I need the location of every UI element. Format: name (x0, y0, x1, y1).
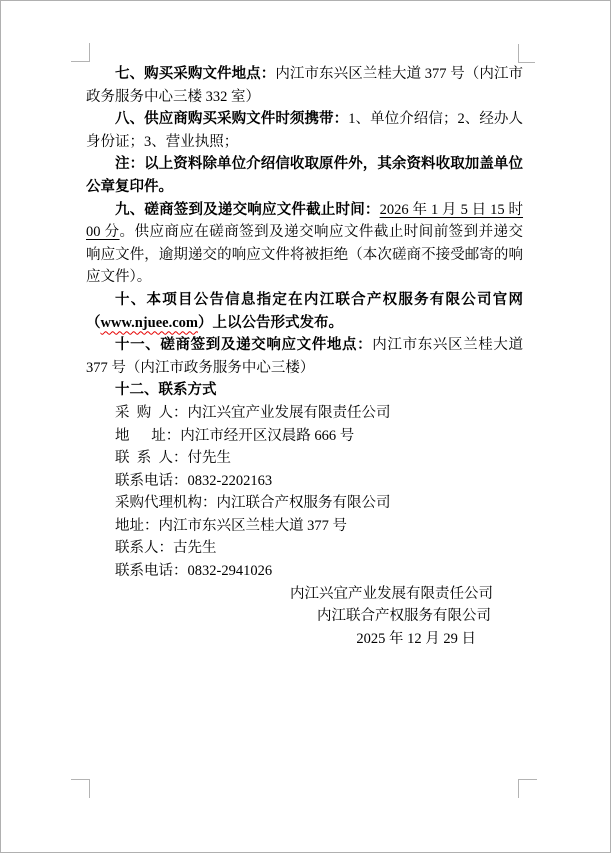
contact-agency-name-line: 采购代理机构：内江联合产权服务有限公司 (86, 492, 523, 515)
section-11-heading: 十一、磋商签到及递交响应文件地点： (115, 337, 372, 353)
section-9-body: 。供应商应在磋商签到及递交响应文件截止时间前签到并递交响应文件，逾期递交的响应文… (86, 224, 523, 285)
note-body: 以上资料除单位介绍信收取原件外，其余资料收取加盖单位公章复印件。 (86, 156, 523, 195)
note-paragraph: 注：以上资料除单位介绍信收取原件外，其余资料收取加盖单位公章复印件。 (86, 153, 523, 198)
section-9-heading: 九、磋商签到及递交响应文件截止时间： (115, 202, 380, 218)
section-11-paragraph: 十一、磋商签到及递交响应文件地点：内江市东兴区兰桂大道 377 号（内江市政务服… (86, 334, 523, 379)
section-10-url-group: （www.njuee.com） (86, 315, 212, 331)
contact-buyer-person-line: 联 系 人：付先生 (86, 447, 523, 470)
section-7-heading: 七、购买采购文件地点： (115, 66, 275, 82)
section-7-paragraph: 七、购买采购文件地点：内江市东兴区兰桂大道 377 号（内江市政务服务中心三楼 … (86, 63, 523, 108)
section-10-post: 上以公告形式发布。 (212, 315, 343, 331)
crop-mark-bottom-right-icon (518, 779, 537, 798)
signature-date: 2025 年 12 月 29 日 (86, 628, 476, 651)
crop-mark-bottom-left-icon (71, 779, 90, 798)
section-9-paragraph: 九、磋商签到及递交响应文件截止时间：2026 年 1 月 5 日 15 时 00… (86, 199, 523, 289)
section-8-paragraph: 八、供应商购买采购文件时须携带：1、单位介绍信；2、经办人身份证；3、营业执照； (86, 108, 523, 153)
crop-mark-top-right-icon (518, 44, 535, 63)
note-heading: 注： (115, 156, 144, 172)
contact-buyer-address-line: 地 址：内江市经开区汉晨路 666 号 (86, 425, 523, 448)
contact-buyer-phone-line: 联系电话：0832-2202163 (86, 470, 523, 493)
signature-buyer-company: 内江兴宜产业发展有限责任公司 (86, 583, 493, 606)
document-page: 七、购买采购文件地点：内江市东兴区兰桂大道 377 号（内江市政务服务中心三楼 … (0, 0, 611, 853)
paren-close: ） (198, 315, 213, 331)
section-8-heading: 八、供应商购买采购文件时须携带： (115, 111, 348, 127)
crop-mark-top-left-icon (71, 43, 90, 62)
signature-agency-company: 内江联合产权服务有限公司 (86, 605, 491, 628)
section-10-pre: 十、本项目公告信息指定在内江联合产权服务有限公司官网 (115, 292, 523, 308)
announcement-website-url: www.njuee.com (101, 315, 198, 331)
signature-block: 内江兴宜产业发展有限责任公司 内江联合产权服务有限公司 2025 年 12 月 … (86, 583, 523, 651)
section-12-heading-paragraph: 十二、联系方式 (86, 379, 523, 402)
section-10-paragraph: 十、本项目公告信息指定在内江联合产权服务有限公司官网（www.njuee.com… (86, 289, 523, 334)
contact-agency-person-line: 联系人：古先生 (86, 537, 523, 560)
paren-open: （ (86, 315, 101, 331)
contact-agency-address-line: 地址：内江市东兴区兰桂大道 377 号 (86, 515, 523, 538)
section-12-heading: 十二、联系方式 (115, 382, 217, 398)
document-content: 七、购买采购文件地点：内江市东兴区兰桂大道 377 号（内江市政务服务中心三楼 … (86, 63, 523, 650)
contact-agency-phone-line: 联系电话：0832-2941026 (86, 560, 523, 583)
contact-buyer-name-line: 采 购 人：内江兴宜产业发展有限责任公司 (86, 402, 523, 425)
